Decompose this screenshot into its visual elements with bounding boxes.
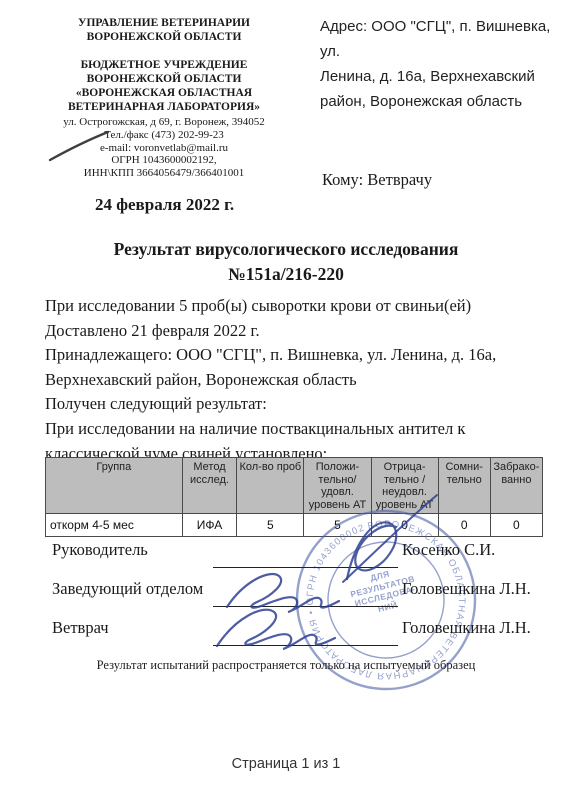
col-header-positive: Положи- тельно/ удовл. уровень АТ: [304, 458, 371, 514]
signature-line-head: [213, 567, 398, 568]
body-paragraph-result-intro: Получен следующий результат:: [45, 392, 550, 417]
body-paragraph-delivered: Доставлено 21 февраля 2022 г.: [45, 319, 550, 344]
col-header-rejected: Забрако- ванно: [490, 458, 542, 514]
org-institution: БЮДЖЕТНОЕ УЧРЕЖДЕНИЕ ВОРОНЕЖСКОЙ ОБЛАСТИ…: [40, 58, 288, 114]
signature-name-vet: Головешкина Л.Н.: [402, 618, 531, 638]
signature-role-dept-head: Заведующий отделом: [52, 579, 203, 599]
org-header-block: УПРАВЛЕНИЕ ВЕТЕРИНАРИИ ВОРОНЕЖСКОЙ ОБЛАС…: [40, 16, 288, 180]
cell-method: ИФА: [182, 514, 237, 537]
results-table: Группа Метод исслед. Кол-во проб Положи-…: [45, 457, 543, 537]
signature-role-head: Руководитель: [52, 540, 148, 560]
recipient-line: Кому: Ветврачу: [322, 170, 432, 190]
document-date: 24 февраля 2022 г.: [95, 195, 234, 215]
document-page: УПРАВЛЕНИЕ ВЕТЕРИНАРИИ ВОРОНЕЖСКОЙ ОБЛАС…: [0, 0, 572, 800]
col-header-method: Метод исслед.: [182, 458, 237, 514]
document-title: Результат вирусологического исследования…: [0, 237, 572, 287]
org-contacts: ул. Острогожская, д 69, г. Воронеж, 3940…: [40, 116, 288, 180]
signature-role-vet: Ветврач: [52, 618, 109, 638]
cell-rejected: 0: [490, 514, 542, 537]
cell-group: откорм 4-5 мес: [46, 514, 183, 537]
body-paragraph-samples: При исследовании 5 проб(ы) сыворотки кро…: [45, 294, 550, 319]
signature-line-vet: [213, 645, 398, 646]
signature-line-dept-head: [213, 606, 398, 607]
table-header-row: Группа Метод исслед. Кол-во проб Положи-…: [46, 458, 543, 514]
org-department: УПРАВЛЕНИЕ ВЕТЕРИНАРИИ ВОРОНЕЖСКОЙ ОБЛАС…: [40, 16, 288, 44]
recipient-address: Адрес: ООО "СГЦ", п. Вишневка, ул. Ленин…: [320, 14, 568, 114]
page-number: Страница 1 из 1: [0, 756, 572, 772]
body-paragraph-owner: Принадлежащего: ООО "СГЦ", п. Вишневка, …: [45, 343, 550, 392]
signature-name-head: Косенко С.И.: [402, 540, 495, 560]
signature-name-dept-head: Головешкина Л.Н.: [402, 579, 531, 599]
col-header-group: Группа: [46, 458, 183, 514]
result-scope-note: Результат испытаний распространяется тол…: [0, 658, 572, 673]
col-header-sample-count: Кол-во проб: [237, 458, 304, 514]
body-text: При исследовании 5 проб(ы) сыворотки кро…: [45, 294, 550, 466]
